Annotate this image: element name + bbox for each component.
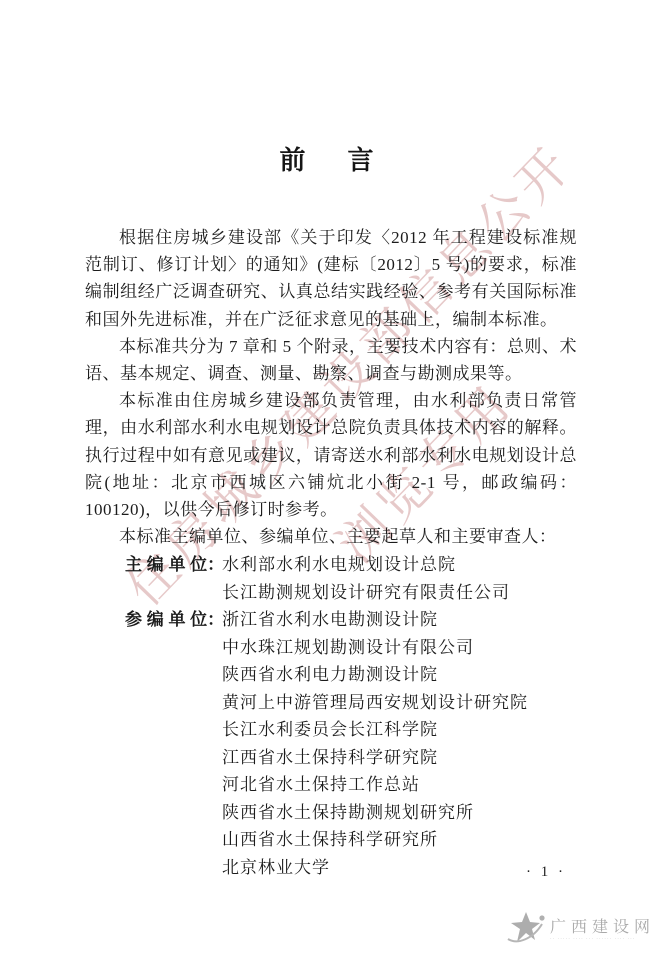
participating-editor-label: 参 编 单 位：	[125, 606, 225, 634]
paragraph-4: 本标准主编单位、参编单位、主要起草人和主要审查人：	[85, 523, 577, 550]
unit-name: 水利部水利水电规划设计总院	[222, 555, 456, 574]
document-page: 住房城乡建设部信息公开 浏览专用 前 言 根据住房城乡建设部《关于印发〈2012…	[0, 0, 661, 958]
editing-units-list: 主 编 单 位： 水利部水利水电规划设计总院 长江勘测规划设计研究有限责任公司 …	[85, 551, 577, 881]
unit-name: 陕西省水利电力勘测设计院	[222, 665, 438, 684]
chief-editor-label: 主 编 单 位：	[125, 551, 225, 579]
list-item: 长江水利委员会长江科学院	[85, 716, 577, 744]
page-title: 前 言	[0, 140, 661, 177]
unit-name: 中水珠江规划勘测设计有限公司	[222, 638, 474, 657]
unit-name: 江西省水土保持科学研究院	[222, 748, 438, 767]
unit-name: 浙江省水利水电勘测设计院	[222, 610, 438, 629]
list-item: 中水珠江规划勘测设计有限公司	[85, 634, 577, 662]
page-number: · 1 ·	[526, 864, 566, 881]
body-text: 根据住房城乡建设部《关于印发〈2012 年工程建设标准规范制订、修订计划〉的通知…	[85, 224, 577, 881]
logo-tagline: ·· ····· ···· ··· ······ ···· ···	[550, 937, 650, 943]
list-item: 陕西省水土保持勘测规划研究所	[85, 799, 577, 827]
list-item: 河北省水土保持工作总站	[85, 771, 577, 799]
unit-name: 长江勘测规划设计研究有限责任公司	[222, 583, 510, 602]
list-item: 黄河上中游管理局西安规划设计研究院	[85, 689, 577, 717]
paragraph-2: 本标准共分为 7 章和 5 个附录，主要技术内容有：总则、术语、基本规定、调查、…	[85, 333, 577, 387]
logo-text: 广西建设网	[550, 919, 655, 937]
list-item: 江西省水土保持科学研究院	[85, 744, 577, 772]
list-item: 北京林业大学	[85, 854, 577, 882]
shooting-star-icon	[505, 909, 547, 952]
list-item: 长江勘测规划设计研究有限责任公司	[85, 579, 577, 607]
unit-name: 长江水利委员会长江科学院	[222, 720, 438, 739]
paragraph-1: 根据住房城乡建设部《关于印发〈2012 年工程建设标准规范制订、修订计划〉的通知…	[85, 224, 577, 333]
paragraph-3: 本标准由住房城乡建设部负责管理，由水利部负责日常管理，由水利部水利水电规划设计总…	[85, 387, 577, 523]
site-logo: 广西建设网 ·· ····· ···· ··· ······ ···· ···	[505, 909, 655, 952]
list-item: 陕西省水利电力勘测设计院	[85, 661, 577, 689]
unit-name: 黄河上中游管理局西安规划设计研究院	[222, 693, 528, 712]
list-item: 主 编 单 位： 水利部水利水电规划设计总院	[85, 551, 577, 579]
list-item: 参 编 单 位： 浙江省水利水电勘测设计院	[85, 606, 577, 634]
unit-name: 陕西省水土保持勘测规划研究所	[222, 803, 474, 822]
unit-name: 北京林业大学	[222, 858, 330, 877]
unit-name: 河北省水土保持工作总站	[222, 775, 420, 794]
unit-name: 山西省水土保持科学研究所	[222, 830, 438, 849]
list-item: 山西省水土保持科学研究所	[85, 826, 577, 854]
